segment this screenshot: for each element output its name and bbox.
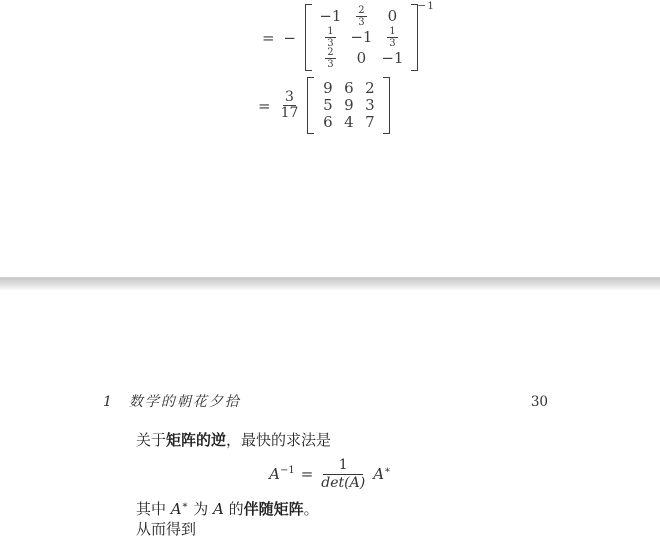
matrix-cells: 9 6 2 5 9 3 6 4 7 [314, 77, 383, 134]
section-number: 1 [103, 394, 112, 410]
text-run: 为 [188, 500, 213, 518]
equals-minus-sign: = − [262, 29, 298, 47]
fraction-denominator: 17 [279, 106, 301, 121]
display-formula-inverse: A−1 = 1 det(A) A∗ [0, 454, 660, 494]
matrix-exponent: −1 [417, 0, 434, 12]
variable-A: A [269, 465, 280, 483]
matrix-bracket-left [307, 77, 314, 134]
section-title: 数学的朝花夕拾 [129, 394, 241, 410]
matrix-bracket-left [305, 4, 312, 71]
text-run: 其中 [136, 500, 171, 518]
matrix-cell-fraction: 2 3 [325, 47, 335, 71]
matrix-cell: 6 [323, 115, 333, 130]
formula-fraction: 1 det(A) [319, 457, 367, 491]
fraction-numerator: 1 [323, 457, 363, 475]
matrix-cell: 9 [323, 81, 333, 96]
fraction-denominator: 3 [387, 38, 397, 50]
variable-A-star: A∗ [171, 500, 189, 518]
superscript: ∗ [384, 465, 391, 476]
bold-term-adjugate: 伴随矩阵 [244, 500, 304, 518]
matrix: −1 2 3 0 1 3 −1 1 3 [305, 4, 418, 71]
variable-A: A [171, 500, 182, 518]
result-matrix: 9 6 2 5 9 3 6 4 7 [307, 77, 390, 134]
matrix-cell: 0 [388, 9, 398, 24]
matrix-cell-fraction: 1 3 [387, 26, 397, 50]
text-run: 的 [224, 500, 244, 518]
equals-sign: = [301, 465, 314, 483]
fraction-denominator: 3 [325, 59, 335, 71]
matrix-cell: 3 [365, 98, 375, 113]
page-top: = − −1 2 3 0 1 3 [0, 0, 660, 277]
equation-step-2: = 3 17 9 6 2 5 9 3 6 4 7 [258, 77, 390, 134]
matrix-cell: 7 [365, 115, 375, 130]
paragraph-intro: 关于矩阵的逆，最快的求法是 [136, 431, 331, 449]
matrix-cell: 9 [344, 98, 354, 113]
variable-A: A [213, 500, 224, 518]
equation-step-1: = − −1 2 3 0 1 3 [262, 4, 418, 71]
page-separator [0, 277, 660, 291]
fraction-numerator: 2 [325, 47, 335, 60]
matrix-bracket-right [411, 4, 418, 71]
page-bottom: 1数学的朝花夕拾 30 关于矩阵的逆，最快的求法是 A−1 = 1 det(A)… [0, 291, 660, 542]
coefficient-fraction: 3 17 [279, 90, 301, 122]
matrix-cell: −1 [319, 9, 341, 24]
fraction-numerator: 1 [325, 26, 335, 39]
superscript: −1 [280, 465, 295, 476]
fraction-denominator: 3 [356, 17, 366, 29]
matrix-cell: −1 [381, 51, 403, 66]
matrix-cell-fraction: 2 3 [356, 5, 366, 29]
fraction-numerator: 1 [387, 26, 397, 39]
running-header: 1数学的朝花夕拾 30 [0, 391, 660, 411]
paragraph-adjugate: 其中 A∗ 为 A 的伴随矩阵。 [136, 500, 319, 518]
page-number: 30 [531, 394, 548, 410]
matrix: 9 6 2 5 9 3 6 4 7 [307, 77, 390, 134]
text-run: 。 [304, 500, 319, 518]
formula-rhs: A∗ [373, 465, 391, 483]
paragraph-therefore: 从而得到 [136, 520, 196, 538]
matrix-cell: 5 [323, 98, 333, 113]
fraction-denominator: det(A) [319, 475, 367, 491]
matrix-cell: 2 [365, 81, 375, 96]
matrix-cell: −1 [350, 30, 372, 45]
matrix-cell: 4 [344, 115, 354, 130]
text-run: ，最快的求法是 [226, 431, 331, 449]
fraction-numerator: 3 [283, 90, 296, 106]
section-heading: 1数学的朝花夕拾 [103, 391, 241, 411]
pdf-document-view: = − −1 2 3 0 1 3 [0, 0, 660, 542]
matrix-cells: −1 2 3 0 1 3 −1 1 3 [312, 4, 411, 71]
variable-A: A [373, 465, 384, 483]
formula-lhs: A−1 [269, 465, 295, 483]
matrix-cell: 0 [357, 51, 367, 66]
matrix-bracket-right [383, 77, 390, 134]
matrix-cell: 6 [344, 81, 354, 96]
fraction-numerator: 2 [356, 5, 366, 18]
text-run: 关于 [136, 431, 166, 449]
equals-sign: = [258, 97, 273, 115]
inverse-matrix: −1 2 3 0 1 3 −1 1 3 [305, 4, 418, 71]
bold-term-matrix-inverse: 矩阵的逆 [166, 431, 226, 449]
